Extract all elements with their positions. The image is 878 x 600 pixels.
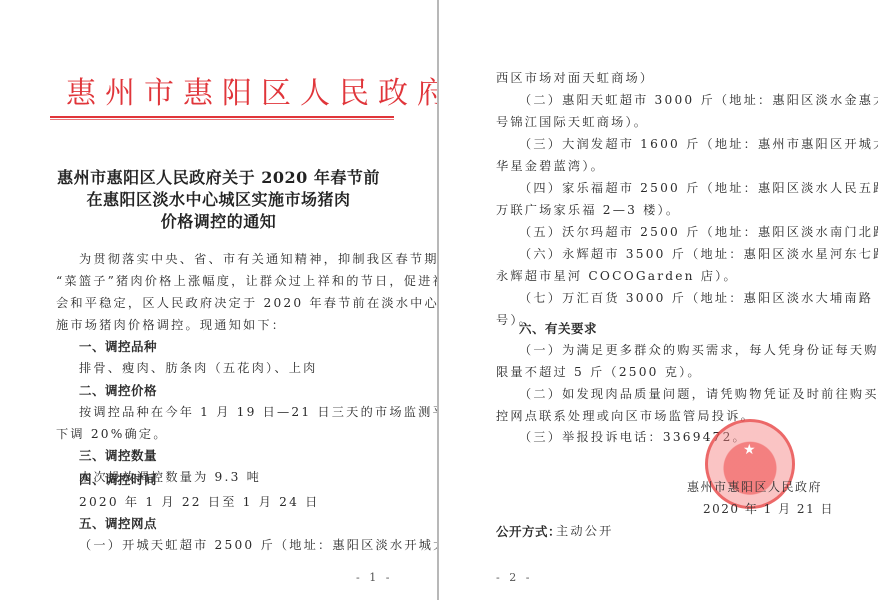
document-title-line-2: 在惠阳区淡水中心城区实施市场猪肉: [0, 187, 437, 210]
star-icon: ★: [743, 442, 756, 458]
requirement-line: 限量不超过 5 斤（2500 克）。: [496, 363, 702, 380]
outlet-line: 号锦江国际天虹商场）。: [496, 113, 648, 130]
outlet-line: 华星金碧蓝湾）。: [496, 157, 605, 174]
outlet-line: （六）永辉超市 3500 斤（地址：惠阳区淡水星河东七路一号: [519, 245, 878, 262]
page-1: 惠州市惠阳区人民政府 惠州市惠阳区人民政府关于 2020 年春节前 在惠阳区淡水…: [0, 0, 437, 600]
government-header: 惠州市惠阳区人民政府: [66, 68, 456, 112]
header-red-rule: [50, 116, 394, 118]
outlet-line: （七）万汇百货 3000 斤（地址：惠阳区淡水大埔南路 49—2: [519, 289, 878, 306]
intro-line: “菜篮子”猪肉价格上涨幅度，让群众过上祥和的节日，促进社: [56, 272, 447, 289]
section-text: （一）开城天虹超市 2500 斤（地址：惠阳区淡水开城大道南: [79, 536, 476, 553]
official-seal: ★: [705, 419, 795, 509]
page-2: 西区市场对面天虹商场） （二）惠阳天虹超市 3000 斤（地址：惠阳区淡水金惠大…: [439, 0, 878, 600]
intro-line: 会和平稳定，区人民政府决定于 2020 年春节前在淡水中心城区实: [56, 294, 482, 311]
signature-organization: 惠州市惠阳区人民政府: [687, 478, 822, 495]
intro-line: 施市场猪肉价格调控。现通知如下：: [56, 316, 286, 333]
page-number: - 2 -: [496, 571, 532, 584]
section-text: 按调控品种在今年 1 月 19 日—21 日三天的市场监测平均价格: [79, 403, 490, 420]
disclosure-label: 公开方式：: [496, 522, 561, 540]
section-text: 下调 20%确定。: [56, 425, 168, 442]
section-heading-time: 四、调控时间: [79, 470, 157, 488]
section-heading-outlets: 五、调控网点: [79, 514, 157, 532]
page-number: - 1 -: [356, 571, 392, 584]
section-text: 2020 年 1 月 22 日至 1 月 24 日: [79, 493, 320, 510]
outlet-line: （三）大润发超市 1600 斤（地址：惠州市惠阳区开城大道南: [519, 135, 878, 152]
section-heading-price: 二、调控价格: [79, 381, 157, 399]
requirement-line: 控网点联系处理或向区市场监管局投诉。: [496, 407, 755, 424]
document-title-line-1: 惠州市惠阳区人民政府关于 2020 年春节前: [0, 165, 437, 188]
outlet-line: （五）沃尔玛超市 2500 斤（地址：惠阳区淡水南门北路）。: [519, 223, 878, 240]
outlet-line: （二）惠阳天虹超市 3000 斤（地址：惠阳区淡水金惠大道 13: [519, 91, 878, 108]
header-red-rule-thin: [50, 119, 394, 120]
signature-date: 2020 年 1 月 21 日: [703, 500, 834, 517]
outlet-line: 西区市场对面天虹商场）: [496, 69, 654, 86]
outlet-line: 永辉超市星河 COCOGarden 店）。: [496, 267, 738, 284]
intro-line: 为贯彻落实中央、省、市有关通知精神，抑制我区春节期间: [79, 250, 453, 267]
disclosure-value: 主动公开: [556, 522, 614, 539]
section-text: 排骨、瘦肉、肪条肉（五花肉）、上肉: [79, 359, 318, 376]
outlet-line: （四）家乐福超市 2500 斤（地址：惠阳区淡水人民五路 2 号: [519, 179, 878, 196]
outlet-line: 万联广场家乐福 2—3 楼）。: [496, 201, 680, 218]
document-title-line-3: 价格调控的通知: [0, 209, 437, 232]
section-heading-requirements: 六、有关要求: [519, 319, 597, 337]
section-heading-quantity: 三、调控数量: [79, 446, 157, 464]
requirement-line: （一）为满足更多群众的购买需求，每人凭身份证每天购买: [519, 341, 878, 358]
section-heading-varieties: 一、调控品种: [79, 337, 157, 355]
requirement-line: （二）如发现肉品质量问题，请凭购物凭证及时前往购买调: [519, 385, 878, 402]
